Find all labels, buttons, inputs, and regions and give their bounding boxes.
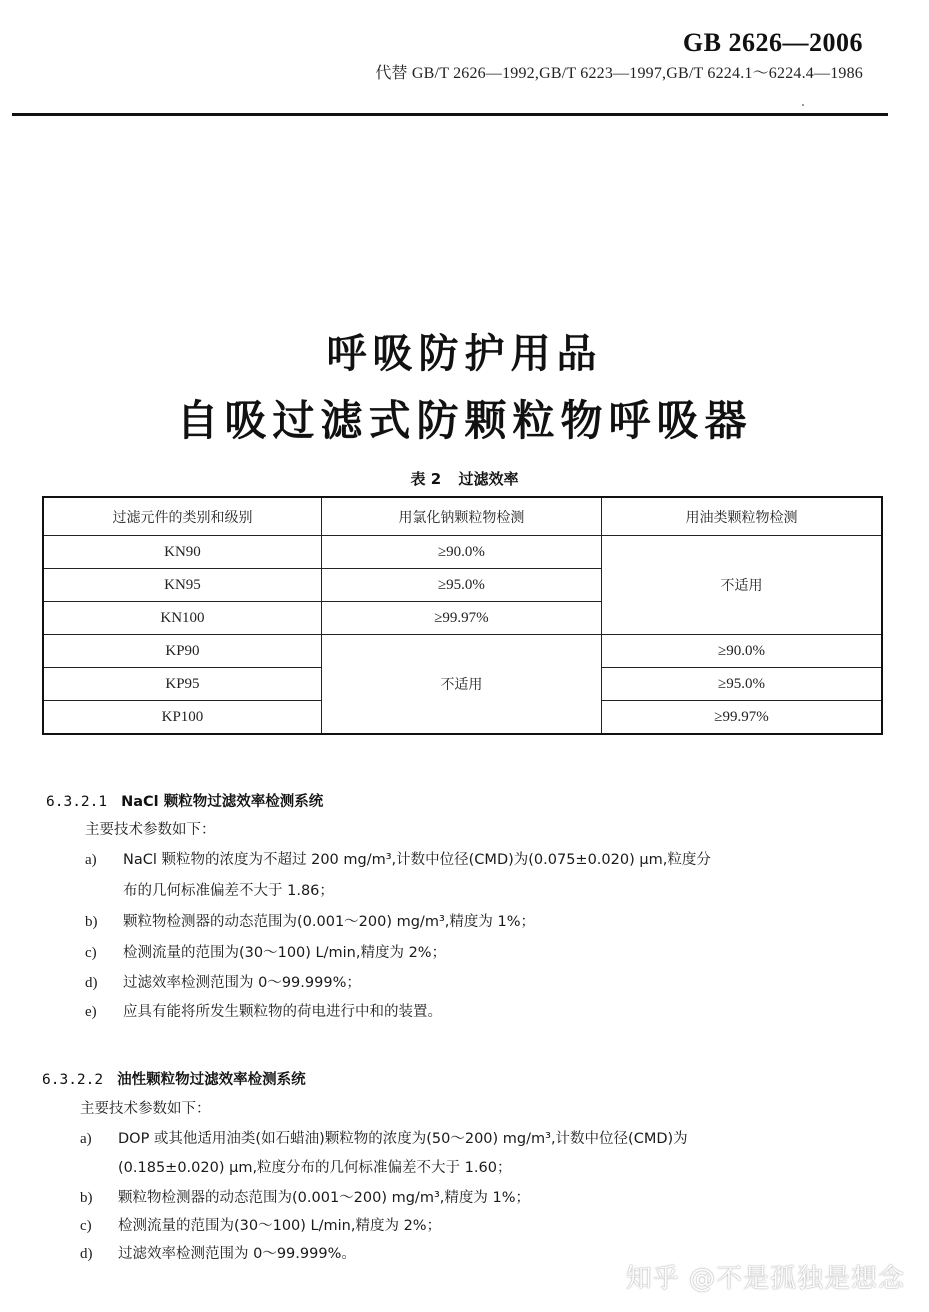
item-text: DOP 或其他适用油类(如石蜡油)颗粒物的浓度为(50～200) mg/m³,计…: [118, 1131, 688, 1147]
cell-grade: KN95: [43, 569, 321, 602]
cell-grade: KP90: [43, 635, 321, 668]
cell-grade: KN100: [43, 602, 321, 635]
cell-oil-merged: 不适用: [601, 536, 882, 635]
section-intro: 主要技术参数如下：: [85, 813, 216, 847]
item-label: b): [85, 914, 123, 931]
item-text: 颗粒物检测器的动态范围为(0.001～200) mg/m³,精度为 1%；: [123, 914, 535, 930]
header-nacl: 用氯化钠颗粒物检测: [321, 497, 601, 536]
table-caption-text: 过滤效率: [458, 470, 518, 488]
table-row: KP90 不适用 ≥90.0%: [43, 635, 882, 668]
item-label: a): [80, 1131, 118, 1148]
item-text: 检测流量的范围为(30～100) L/min,精度为 2%；: [123, 945, 446, 961]
filter-efficiency-table: 过滤元件的类别和级别 用氯化钠颗粒物检测 用油类颗粒物检测 KN90 ≥90.0…: [42, 496, 883, 735]
cell-oil: ≥99.97%: [601, 701, 882, 735]
cell-nacl-merged: 不适用: [321, 635, 601, 735]
list-item-continuation: (0.185±0.020) μm,粒度分布的几何标准偏差不大于 1.60；: [118, 1156, 511, 1177]
table-header-row: 过滤元件的类别和级别 用氯化钠颗粒物检测 用油类颗粒物检测: [43, 497, 882, 536]
item-label: b): [80, 1190, 118, 1207]
list-item: a)NaCl 颗粒物的浓度为不超过 200 mg/m³,计数中位径(CMD)为(…: [85, 848, 711, 869]
replaces-standards: 代替 GB/T 2626—1992,GB/T 6223—1997,GB/T 62…: [375, 60, 863, 83]
section-number: 6.3.2.2: [42, 1072, 103, 1088]
item-label: a): [85, 852, 123, 869]
watermark: 知乎 @不是孤独是想念: [626, 1258, 905, 1295]
table-row: KN90 ≥90.0% 不适用: [43, 536, 882, 569]
list-item: d)过滤效率检测范围为 0～99.999%；: [85, 971, 361, 992]
item-text: 颗粒物检测器的动态范围为(0.001～200) mg/m³,精度为 1%；: [118, 1190, 530, 1206]
header-rule: [12, 113, 888, 116]
item-text: 检测流量的范围为(30～100) L/min,精度为 2%；: [118, 1218, 441, 1234]
section-number: 6.3.2.1: [46, 794, 107, 810]
list-item: e)应具有能将所发生颗粒物的荷电进行中和的装置。: [85, 1000, 442, 1021]
item-text: 应具有能将所发生颗粒物的荷电进行中和的装置。: [123, 1004, 442, 1020]
cell-grade: KN90: [43, 536, 321, 569]
standard-number: GB 2626—2006: [683, 28, 863, 58]
item-text: 过滤效率检测范围为 0～99.999%；: [123, 975, 361, 991]
cell-nacl: ≥90.0%: [321, 536, 601, 569]
header-oil: 用油类颗粒物检测: [601, 497, 882, 536]
cell-oil: ≥95.0%: [601, 668, 882, 701]
cell-grade: KP95: [43, 668, 321, 701]
section-title: 油性颗粒物过滤效率检测系统: [117, 1072, 306, 1088]
list-item: a)DOP 或其他适用油类(如石蜡油)颗粒物的浓度为(50～200) mg/m³…: [80, 1127, 688, 1148]
list-item-continuation: 布的几何标准偏差不大于 1.86；: [123, 879, 334, 900]
list-item: b)颗粒物检测器的动态范围为(0.001～200) mg/m³,精度为 1%；: [85, 910, 535, 931]
document-title-line2: 自吸过滤式防颗粒物呼吸器: [0, 388, 929, 448]
cell-oil: ≥90.0%: [601, 635, 882, 668]
list-item: c)检测流量的范围为(30～100) L/min,精度为 2%；: [80, 1214, 441, 1235]
section-intro: 主要技术参数如下：: [80, 1092, 211, 1126]
list-item: b)颗粒物检测器的动态范围为(0.001～200) mg/m³,精度为 1%；: [80, 1186, 530, 1207]
item-text: NaCl 颗粒物的浓度为不超过 200 mg/m³,计数中位径(CMD)为(0.…: [123, 852, 711, 868]
scan-speck: [802, 104, 804, 106]
table-caption-number: 表 2: [411, 470, 442, 488]
cell-nacl: ≥95.0%: [321, 569, 601, 602]
list-item: d)过滤效率检测范围为 0～99.999%。: [80, 1242, 356, 1263]
section-heading-6-3-2-2: 6.3.2.2油性颗粒物过滤效率检测系统: [42, 1068, 306, 1089]
item-label: c): [80, 1218, 118, 1235]
section-title: NaCl 颗粒物过滤效率检测系统: [121, 794, 323, 810]
header-grade: 过滤元件的类别和级别: [43, 497, 321, 536]
item-label: e): [85, 1004, 123, 1021]
item-text: 过滤效率检测范围为 0～99.999%。: [118, 1246, 356, 1262]
item-label: c): [85, 945, 123, 962]
document-title-line1: 呼吸防护用品: [0, 322, 929, 379]
cell-grade: KP100: [43, 701, 321, 735]
item-label: d): [85, 975, 123, 992]
cell-nacl: ≥99.97%: [321, 602, 601, 635]
table-caption: 表 2 过滤效率: [0, 468, 929, 489]
list-item: c)检测流量的范围为(30～100) L/min,精度为 2%；: [85, 941, 446, 962]
item-label: d): [80, 1246, 118, 1263]
section-heading-6-3-2-1: 6.3.2.1NaCl 颗粒物过滤效率检测系统: [46, 790, 323, 811]
